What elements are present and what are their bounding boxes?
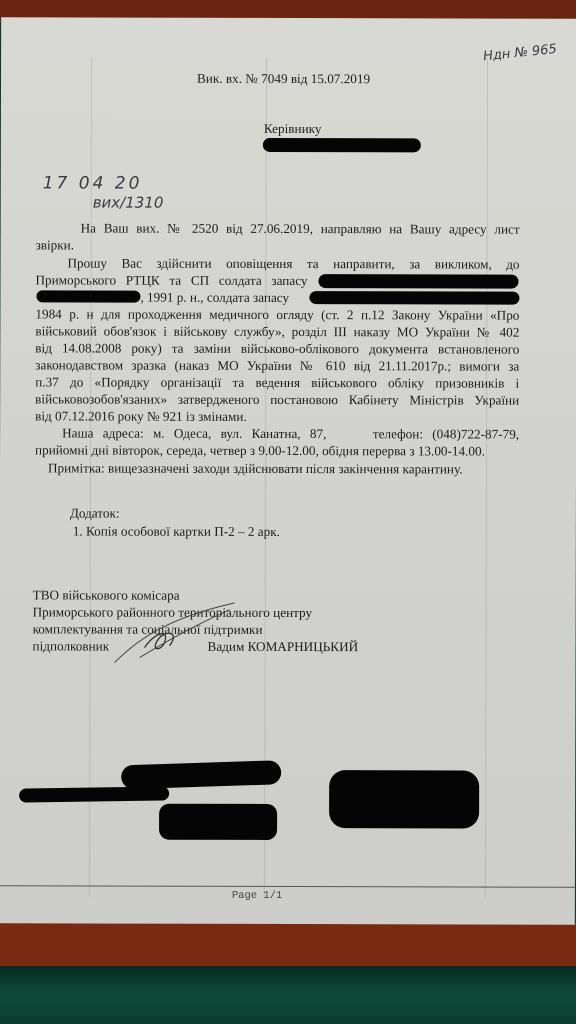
body-para2-line7: законодавством зразка (наказ МО України …	[35, 356, 519, 374]
handwritten-date: 17 04 20	[43, 173, 143, 193]
body-para2-line10: від 07.12.2016 року № 921 із змінами.	[35, 407, 247, 425]
body-para2-line6: від 14.08.2008 року) та заміни військово…	[35, 339, 519, 357]
reception-hours-line: прийомні дні вівторок, середа, четвер з …	[35, 441, 485, 459]
page-number: Page 1/1	[232, 888, 282, 905]
redacted-stamp-2	[159, 804, 277, 840]
handwritten-reference: вих/1310	[93, 193, 164, 211]
redacted-soldier-name-1b	[36, 290, 140, 302]
body-para1-line1: На Ваш вих. № 2520 від 27.06.2019, напра…	[36, 219, 520, 237]
redacted-soldier-name-2	[309, 291, 519, 305]
body-para2-line5: військовий обов'язок і військову службу»…	[35, 322, 519, 340]
footer-rule	[0, 885, 575, 888]
background-table-edge	[0, 922, 576, 970]
quarantine-note: Примітка: вищезазначені заходи здійснюва…	[48, 459, 463, 477]
body-para2-line8: п.37 до «Порядку організації та ведення …	[35, 373, 519, 391]
body-para2-line9: військовозобов'язаних» затвердженого пос…	[35, 390, 519, 408]
background-cloth	[0, 966, 576, 1024]
redacted-executor	[19, 786, 169, 802]
incoming-registration-number: Вик. вх. № 7049 від 15.07.2019	[197, 70, 370, 88]
body-para2-line4: 1984 р. н для проходження медичного огля…	[35, 305, 519, 323]
redacted-stamp-1	[121, 760, 282, 789]
redacted-soldier-name-1	[318, 274, 518, 289]
body-para2-line2: Приморського РТЦК та СП солдата запасу	[35, 271, 307, 289]
body-para2-line1: Прошу Вас здійснити оповіщення та направ…	[36, 254, 520, 272]
redacted-stamp-3	[329, 770, 479, 828]
handwritten-signature	[109, 598, 249, 668]
body-para1-line2: звірки.	[36, 236, 75, 253]
address-line: Наша адреса: м. Одеса, вул. Канатна, 87,…	[35, 424, 519, 442]
addressee-label: Керівнику	[264, 120, 322, 137]
body-para2-line3: , 1991 р. н., солдата запасу	[140, 289, 289, 307]
fold-line	[485, 59, 488, 899]
attachment-item: 1. Копія особової картки П-2 – 2 арк.	[73, 522, 280, 540]
document-page: Ндн № 965 Вик. вх. № 7049 від 15.07.2019…	[0, 17, 576, 925]
attachment-label: Додаток:	[70, 504, 120, 521]
handwritten-registration-note: Ндн № 965	[483, 42, 558, 64]
signatory-rank: підполковник	[33, 637, 110, 654]
redacted-addressee	[263, 138, 421, 152]
